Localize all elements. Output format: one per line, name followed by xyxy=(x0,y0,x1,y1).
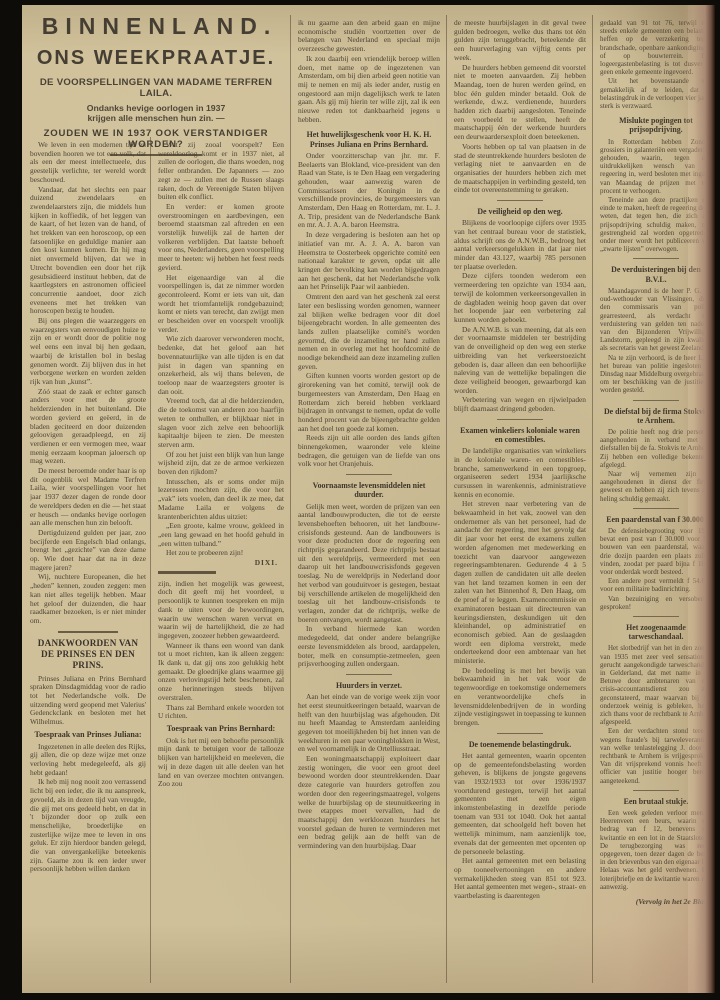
paragraph: „Een groote, kalme vrouw, gekleed in „ee… xyxy=(158,522,284,548)
paragraph: gedaald van 91 tot 76, terwijl nog steed… xyxy=(600,19,712,76)
section-body: In Rotterdam hebben Zondag grossiers in … xyxy=(600,138,712,254)
paragraph: Maandagavond is de heer P. G. L., oud-we… xyxy=(600,287,712,353)
paragraph: In deze vergadering is besloten aan het … xyxy=(298,231,440,292)
column-rule xyxy=(446,15,447,983)
paragraph: Prinses Juliana en Prins Bernhard sprake… xyxy=(30,675,146,727)
section-divider xyxy=(633,258,679,259)
column-4: de meeste huurbijslagen in dit geval twe… xyxy=(454,19,586,987)
paragraph: Ik zou daarbij een vriendelijk beroep wi… xyxy=(298,55,440,125)
paragraph: We leven in een modernen tijd en bovendi… xyxy=(30,141,146,185)
weekpraatje-part1: We leven in een modernen tijd en bovendi… xyxy=(30,141,146,626)
paragraph: Ik heb mij nog nooit zoo verrassend lich… xyxy=(30,778,146,874)
continuation-note: (Vervolg in het 2e Blad) xyxy=(600,898,712,906)
paragraph: Reeds zijn uit alle oorden des lands gif… xyxy=(298,434,440,469)
section-body: De defensiebegrooting voor 1937 bevat ee… xyxy=(600,527,712,611)
paragraph: Een week geleden verloor men te Heerenve… xyxy=(600,809,712,891)
paragraph: ik nu gaarne aan den arbeid gaan en mijn… xyxy=(298,19,440,54)
scan-background: BINNENLAND. ONS WEEKPRAATJE. DE VOORSPEL… xyxy=(0,0,720,1000)
column-4-lead: de meeste huurbijslagen in dit geval twe… xyxy=(454,19,586,195)
section-body: Aan het einde van de vorige week zijn vo… xyxy=(298,693,440,851)
bernhard-speech: Ook is het mij een behoefte persoonlijk … xyxy=(158,737,284,789)
paragraph: zijn, indien het mogelijk was geweest, d… xyxy=(158,580,284,641)
section-body: Een week geleden verloor men te Heerenve… xyxy=(600,809,712,891)
paragraph: De defensiebegrooting voor 1937 bevat ee… xyxy=(600,527,712,576)
paragraph: Aan het einde van de vorige week zijn vo… xyxy=(298,693,440,754)
column-rule xyxy=(592,15,593,983)
paragraph: Het streven naar verbetering van de bekw… xyxy=(454,500,586,665)
deck-line-1: Ondanks hevige oorlogen in 1937 xyxy=(28,103,284,113)
column-5: gedaald van 91 tot 76, terwijl nog steed… xyxy=(600,19,712,987)
paragraph: Wij, nuchtere Europeanen, die het „heden… xyxy=(30,573,146,625)
paragraph: Omtrent den aard van het geschenk zal ee… xyxy=(298,293,440,371)
section-heading: De verduisteringen bij den B.V.L. xyxy=(603,265,709,283)
paragraph: In verband hiermede kan worden medegedee… xyxy=(298,625,440,669)
deck-line-2: krijgen alle menschen hun zin. — xyxy=(28,113,284,123)
section-body: De politie heeft nog drie personen aange… xyxy=(600,428,712,503)
section-divider xyxy=(497,200,543,201)
masthead: BINNENLAND. ONS WEEKPRAATJE. DE VOORSPEL… xyxy=(28,13,284,156)
paragraph: En verder: er komen groote overstrooming… xyxy=(158,203,284,273)
section-heading: De veiligheid op den weg. xyxy=(457,207,583,216)
section-body: Maandagavond is de heer P. G. L., oud-we… xyxy=(600,287,712,395)
section-heading: Huurders in verzet. xyxy=(301,681,437,690)
paragraph: Voorts hebben op tal van plaatsen in de … xyxy=(454,143,586,195)
paragraph: Een woningmaatschappij exploiteert daar … xyxy=(298,755,440,851)
paragraph: de meeste huurbijslagen in dit geval twe… xyxy=(454,19,586,63)
paragraph: Vreemd toch, dat al die helderzienden, d… xyxy=(158,397,284,449)
paragraph: Vandaar, dat het slechts een paar duizen… xyxy=(30,186,146,317)
column-3-lead: ik nu gaarne aan den arbeid gaan en mijn… xyxy=(298,19,440,124)
column-rule xyxy=(150,137,151,983)
column-rule xyxy=(290,15,291,983)
paragraph: In Rotterdam hebben Zondag grossiers in … xyxy=(600,138,712,195)
section-body: Onder voorzitterschap van jhr. mr. F. Be… xyxy=(298,152,440,469)
paragraph: Wanneer ik thans een woord van dank tot … xyxy=(158,642,284,703)
article-end-rule xyxy=(158,571,216,574)
paragraph: Blijkens de voorloopige cijfers over 193… xyxy=(454,219,586,271)
column-5-lead: gedaald van 91 tot 76, terwijl nog steed… xyxy=(600,19,712,110)
article-title: ONS WEEKPRAATJE. xyxy=(28,47,284,70)
section-divider xyxy=(346,674,392,675)
paragraph: De huurders hebben gemeend dit voorstel … xyxy=(454,64,586,142)
section-divider xyxy=(633,400,679,401)
section-heading: Het zoogenaamde tarweschandaal. xyxy=(603,623,709,641)
section-divider xyxy=(633,508,679,509)
section-heading: Voornaamste levensmiddelen niet duurder. xyxy=(301,481,437,499)
section-body: De landelijke organisaties van winkelier… xyxy=(454,447,586,728)
section-divider xyxy=(58,631,118,633)
section-body: Gelijk men weet, worden de prijzen van e… xyxy=(298,503,440,669)
section-intro: Prinses Juliana en Prins Bernhard sprake… xyxy=(30,675,146,727)
paragraph: Het eigenaardige van al die voorspelling… xyxy=(158,274,284,335)
weekpraatje-part2: Wat zij zooal voorspelt? Een wereldoorlo… xyxy=(158,141,284,558)
paragraph: Het zou te probeeren zijn! xyxy=(158,549,284,558)
section-heading: Een paardenstal van f 30.000. xyxy=(603,515,709,524)
paragraph: Een andere post vermeldt f 54.600 voor e… xyxy=(600,577,712,593)
paragraph: Of zou het juist een blijk van hun lange… xyxy=(158,451,284,477)
section-body: Het aantal gemeenten, waarin opcenten op… xyxy=(454,752,586,901)
paragraph: Gelijk men weet, worden de prijzen van e… xyxy=(298,503,440,625)
paragraph: Giften kunnen voorts worden gestort op d… xyxy=(298,372,440,433)
paragraph: Dertigduizend gulden per jaar, zoo becij… xyxy=(30,529,146,573)
paragraph: Naar wij vernemen zijn de aangehoudenen … xyxy=(600,470,712,503)
article-deck: Ondanks hevige oorlogen in 1937 krijgen … xyxy=(28,103,284,123)
column-1: We leven in een modernen tijd en bovendi… xyxy=(30,141,146,987)
column-3: ik nu gaarne aan den arbeid gaan en mijn… xyxy=(298,19,440,987)
paragraph: De A.N.W.B. is van meening, dat als een … xyxy=(454,326,586,396)
paragraph: Wie zich daarover verwonderen mocht, bed… xyxy=(158,335,284,396)
paragraph: De meest beroemde onder haar is op dit o… xyxy=(30,467,146,528)
section-body: Blijkens de voorloopige cijfers over 193… xyxy=(454,219,586,413)
paragraph: De landelijke organisaties van winkelier… xyxy=(454,447,586,499)
paragraph: Onder voorzitterschap van jhr. mr. F. Be… xyxy=(298,152,440,230)
juliana-speech-continued: zijn, indien het mogelijk was geweest, d… xyxy=(158,580,284,721)
column-2: Wat zij zooal voorspelt? Een wereldoorlo… xyxy=(158,141,284,987)
paragraph: Uit het bovenstaande valt gemakkelijk af… xyxy=(600,77,712,110)
section-heading: De toenemende belastingdruk. xyxy=(457,740,583,749)
section-heading: DANKWOORDEN VAN DE PRINSES EN DEN PRINS. xyxy=(30,638,146,671)
paragraph: De bedoeling is met het bewijs van bekwa… xyxy=(454,667,586,728)
author-signature: DIXI. xyxy=(158,559,284,568)
section-divider xyxy=(633,616,679,617)
paragraph: Na te zijn verhoord, is de heer L. in he… xyxy=(600,354,712,395)
section-title: BINNENLAND. xyxy=(28,13,284,40)
paragraph: Thans zal Bernhard enkele woorden tot U … xyxy=(158,704,284,721)
section-divider xyxy=(633,790,679,791)
paragraph: Een der verdachten stond terecht wegens … xyxy=(600,727,712,784)
section-divider xyxy=(497,419,543,420)
section-divider xyxy=(346,474,392,475)
paragraph: Verbetering van wegen en rijwielpaden bl… xyxy=(454,396,586,413)
section-body: Het slotbedrijf van het in den zomer van… xyxy=(600,644,712,784)
paragraph: Van bezuiniging en versobering gesproken… xyxy=(600,595,712,611)
section-heading: Examen winkeliers koloniale waren en com… xyxy=(457,426,583,444)
section-heading: Het huwelijksgeschenk voor H. K. H. Prin… xyxy=(301,130,437,148)
paragraph: Intusschen, als er soms onder mijn lezer… xyxy=(158,478,284,522)
paragraph: Teneinde aan deze practijken een einde t… xyxy=(600,196,712,253)
paragraph: Deze cijfers toonden wederom een vermeer… xyxy=(454,272,586,324)
article-kicker: DE VOORSPELLINGEN VAN MADAME TERFREN LAI… xyxy=(28,77,284,99)
section-heading: De diefstal bij de firma Stokvis te Arnh… xyxy=(603,407,709,425)
paragraph: Zóó staat de zaak er echter gansch ander… xyxy=(30,388,146,466)
speech-subheading: Toespraak van Prins Bernhard: xyxy=(158,725,284,734)
paragraph: Wat zij zooal voorspelt? Een wereldoorlo… xyxy=(158,141,284,202)
speech-subheading: Toespraak van Prinses Juliana: xyxy=(30,731,146,740)
section-heading: Een brutaal stukje. xyxy=(603,797,709,806)
section-heading: Mislukte pogingen tot prijsopdrijving. xyxy=(603,116,709,134)
paragraph: Ingezetenen in alle deelen des Rijks, gi… xyxy=(30,743,146,778)
paragraph: Ook is het mij een behoefte persoonlijk … xyxy=(158,737,284,789)
paragraph: De politie heeft nog drie personen aange… xyxy=(600,428,712,469)
juliana-speech: Ingezetenen in alle deelen des Rijks, gi… xyxy=(30,743,146,875)
paragraph: Bij ons plegen die waarzeggers en waarze… xyxy=(30,317,146,387)
paragraph: Het slotbedrijf van het in den zomer van… xyxy=(600,644,712,726)
newspaper-page: BINNENLAND. ONS WEEKPRAATJE. DE VOORSPEL… xyxy=(22,5,716,993)
section-divider xyxy=(497,733,543,734)
paragraph: Het aantal gemeenten, waarin opcenten op… xyxy=(454,752,586,856)
paragraph: Het aantal gemeenten met een belasting o… xyxy=(454,857,586,901)
